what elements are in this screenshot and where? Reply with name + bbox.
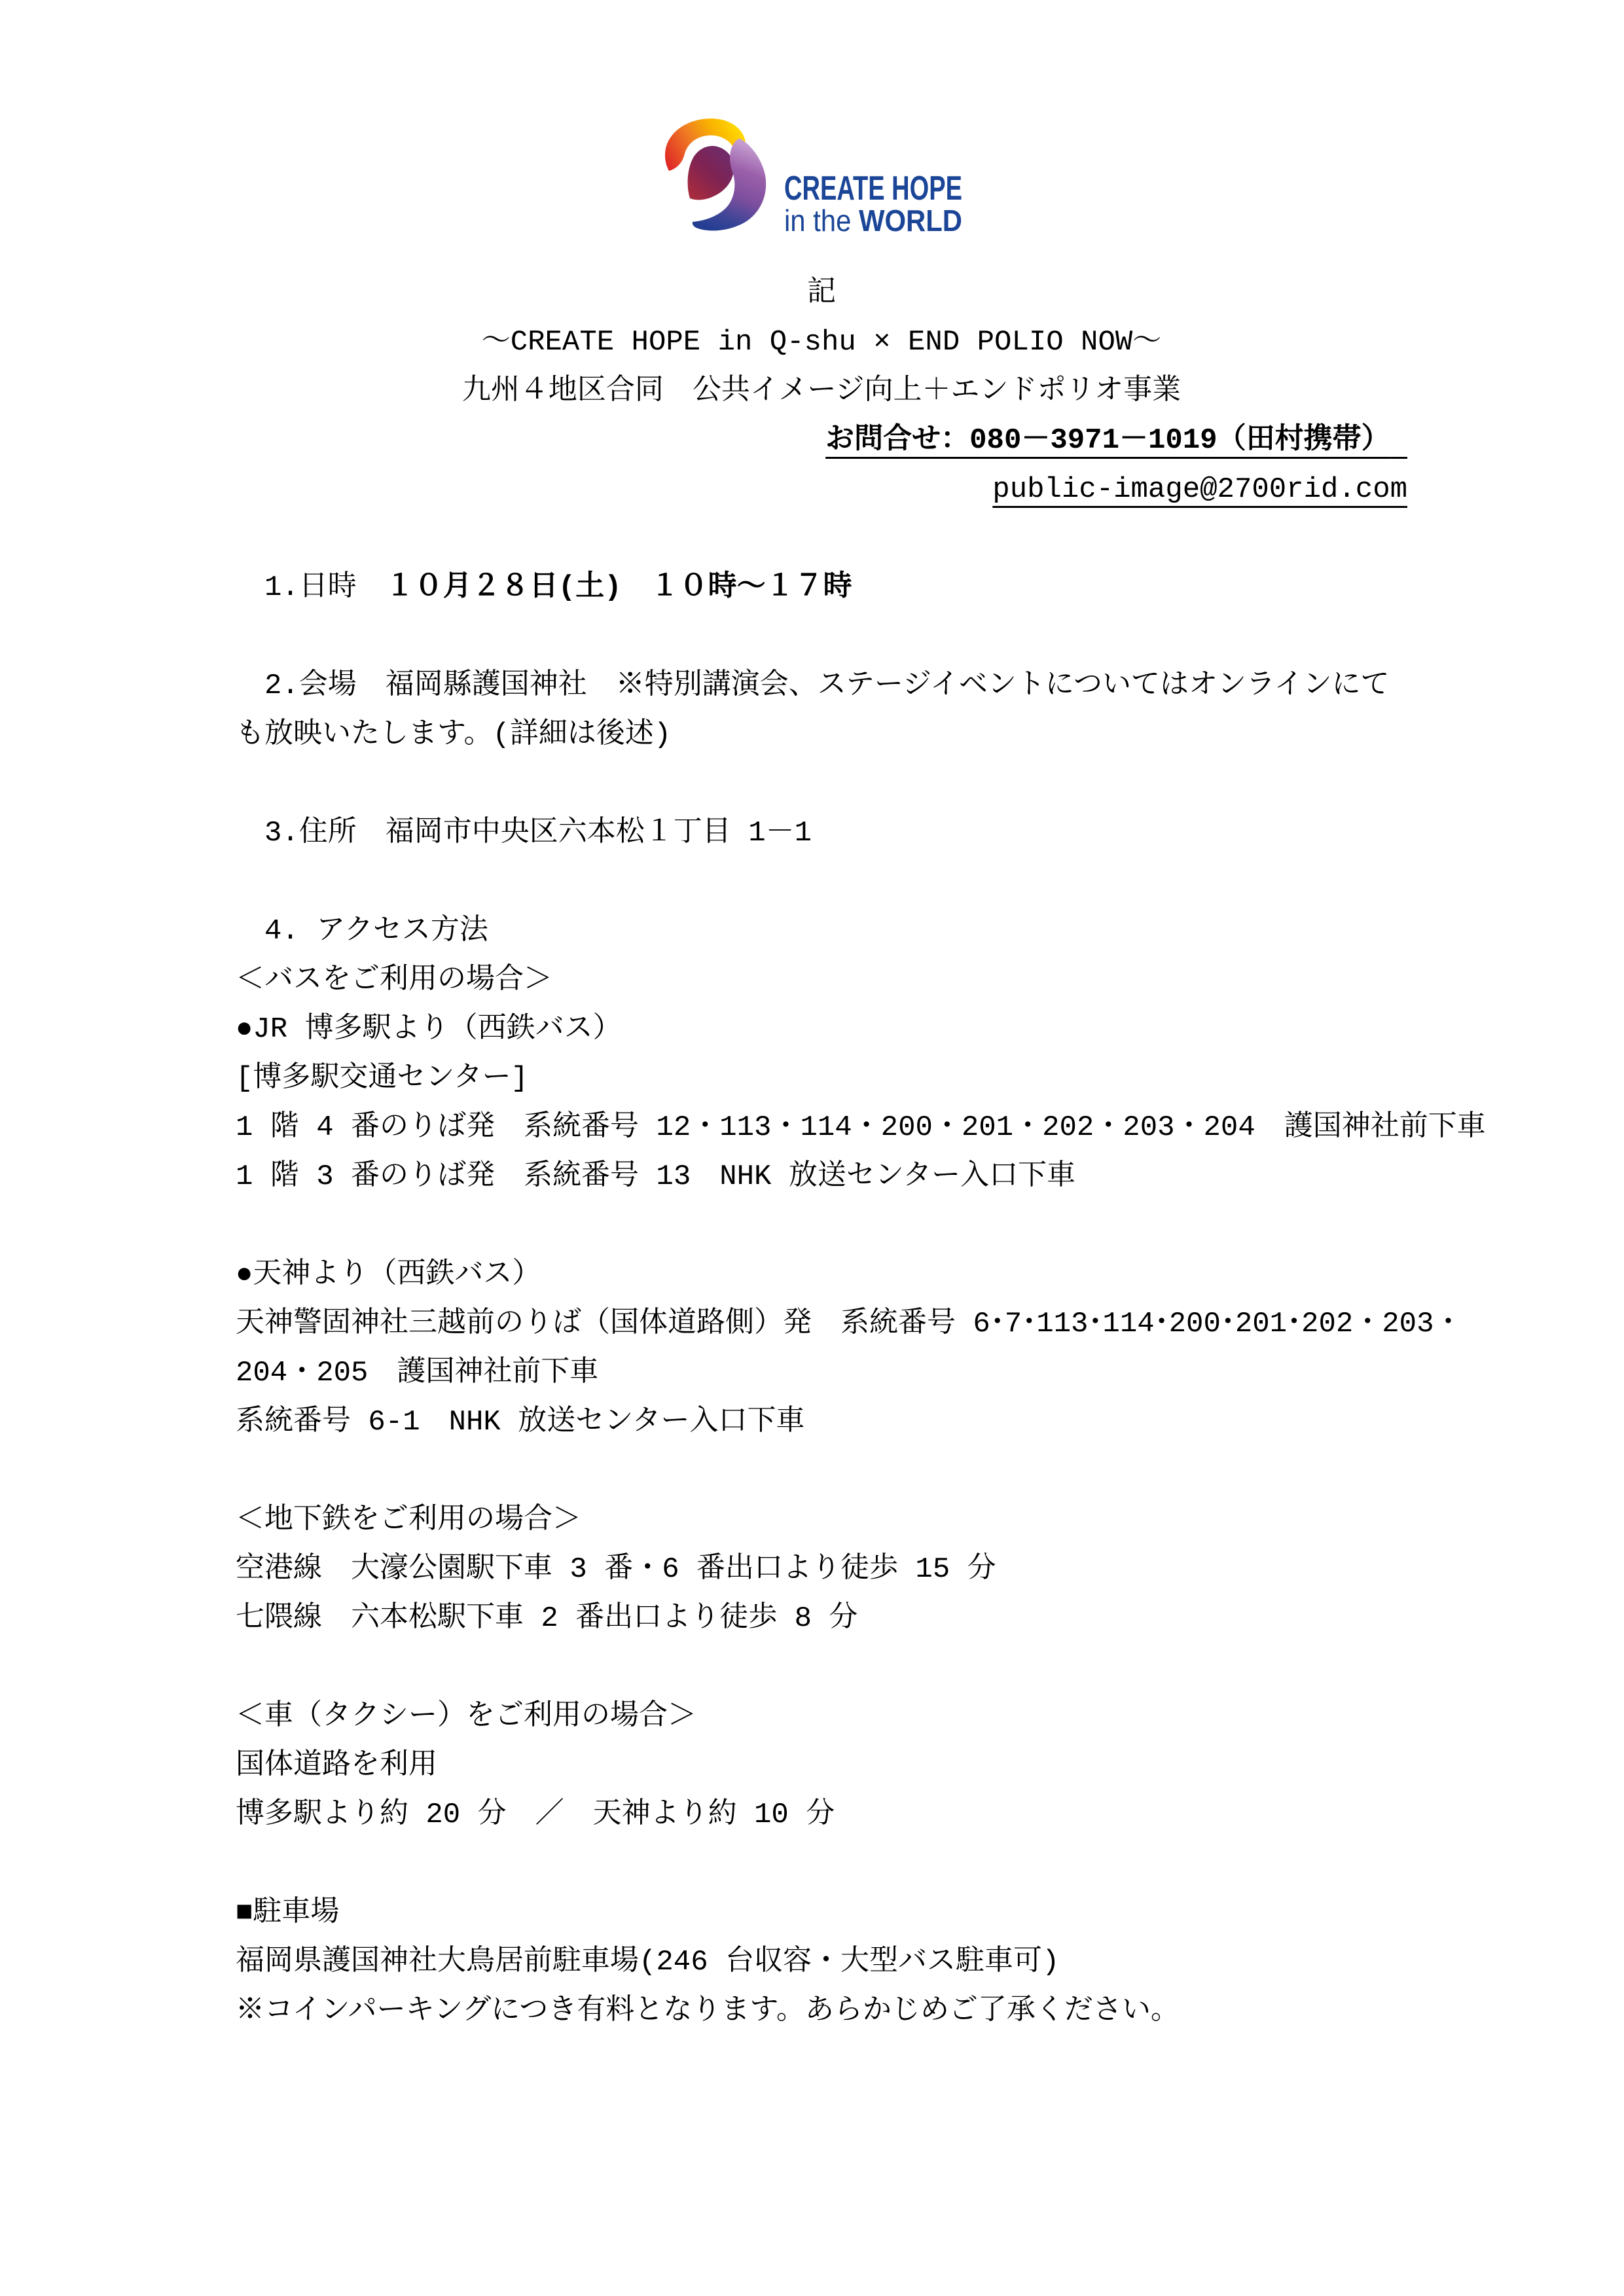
- rotary-swirl-icon: [665, 118, 766, 230]
- body-line: ※コインパーキングにつき有料となります。あらかじめご了承ください。: [236, 1987, 1407, 2036]
- logo-text-world: WORLD: [859, 204, 962, 238]
- body-line: ●天神より（西鉄バス）: [236, 1251, 1407, 1300]
- body-line: 204・205 護国神社前下車: [236, 1349, 1407, 1398]
- body-line-segment: 1.日時: [264, 571, 386, 604]
- body-line: [博多駅交通センター]: [236, 1054, 1407, 1103]
- blank-line: [236, 514, 1407, 564]
- body-line: 3.住所 福岡市中央区六本松１丁目 1－1: [236, 809, 1407, 858]
- event-name: 九州４地区合同 公共イメージ向上＋エンドポリオ事業: [236, 367, 1407, 416]
- blank-line: [236, 858, 1407, 907]
- blank-line: [236, 1643, 1407, 1693]
- body-line: 博多駅より約 20 分 ／ 天神より約 10 分: [236, 1791, 1407, 1840]
- logo-text-line2: in the WORLD: [784, 204, 962, 238]
- blank-line: [236, 1202, 1407, 1251]
- body-line: 七隈線 六本松駅下車 2 番出口より徒歩 8 分: [236, 1594, 1407, 1643]
- memo-mark: 記: [236, 269, 1407, 318]
- contact-email-text[interactable]: public-image@2700rid.com: [992, 473, 1407, 506]
- body-line: も放映いたします。(詳細は後述): [236, 711, 1407, 760]
- body-line: 系統番号 6-1 NHK 放送センター入口下車: [236, 1398, 1407, 1447]
- contact-email[interactable]: public-image@2700rid.com: [236, 465, 1407, 514]
- body-line: 天神警固神社三越前のりば（国体道路側）発 系統番号 6･7･113･114･20…: [236, 1300, 1407, 1349]
- body-line: 1 階 4 番のりば発 系統番号 12・113・114・200・201・202・…: [236, 1103, 1407, 1153]
- body-line: ■駐車場: [236, 1889, 1407, 1938]
- body-line: 国体道路を利用: [236, 1742, 1407, 1791]
- blank-line: [236, 1447, 1407, 1496]
- contact-phone-text: お問合せ：080－3971－1019（田村携帯）: [825, 424, 1390, 457]
- document-page: CREATE HOPE in the WORLD 記 ～CREATE HOPE …: [0, 0, 1624, 2296]
- contact-phone: お問合せ：080－3971－1019（田村携帯）: [236, 416, 1407, 465]
- body-line: 4. アクセス方法: [236, 907, 1407, 956]
- body-line: ＜車（タクシー）をご利用の場合＞: [236, 1693, 1407, 1742]
- contact-phone-underline-tail: [1390, 424, 1407, 457]
- document-body: 記 ～CREATE HOPE in Q-shu × END POLIO NOW～…: [236, 269, 1407, 2036]
- body-line: ●JR 博多駅より（西鉄バス）: [236, 1005, 1407, 1054]
- logo-text-in-the: in the: [784, 204, 859, 238]
- logo-text-line1: CREATE HOPE: [784, 170, 962, 207]
- blank-line: [236, 760, 1407, 809]
- blank-line: [236, 1840, 1407, 1889]
- body-line: 1.日時 １０月２８日(土) １０時～１７時: [236, 564, 1407, 613]
- body-line: 1 階 3 番のりば発 系統番号 13 NHK 放送センター入口下車: [236, 1153, 1407, 1202]
- body-line: 福岡県護国神社大鳥居前駐車場(246 台収容・大型バス駐車可): [236, 1938, 1407, 1987]
- body-line: ＜地下鉄をご利用の場合＞: [236, 1496, 1407, 1545]
- body-line: ＜バスをご利用の場合＞: [236, 956, 1407, 1005]
- blank-line: [236, 613, 1407, 662]
- body-line: 2.会場 福岡縣護国神社 ※特別講演会、ステージイベントについてはオンラインにて: [236, 662, 1407, 711]
- rotary-theme-logo: CREATE HOPE in the WORLD: [660, 115, 964, 242]
- body-line-segment: １０月２８日(土) １０時～１７時: [386, 571, 852, 604]
- body-text: 1.日時 １０月２８日(土) １０時～１７時 2.会場 福岡縣護国神社 ※特別講…: [236, 514, 1407, 2036]
- event-subtitle: ～CREATE HOPE in Q-shu × END POLIO NOW～: [236, 318, 1407, 367]
- rotary-swirl-logo-graphic: CREATE HOPE in the WORLD: [660, 115, 964, 239]
- body-line: 空港線 大濠公園駅下車 3 番・6 番出口より徒歩 15 分: [236, 1545, 1407, 1594]
